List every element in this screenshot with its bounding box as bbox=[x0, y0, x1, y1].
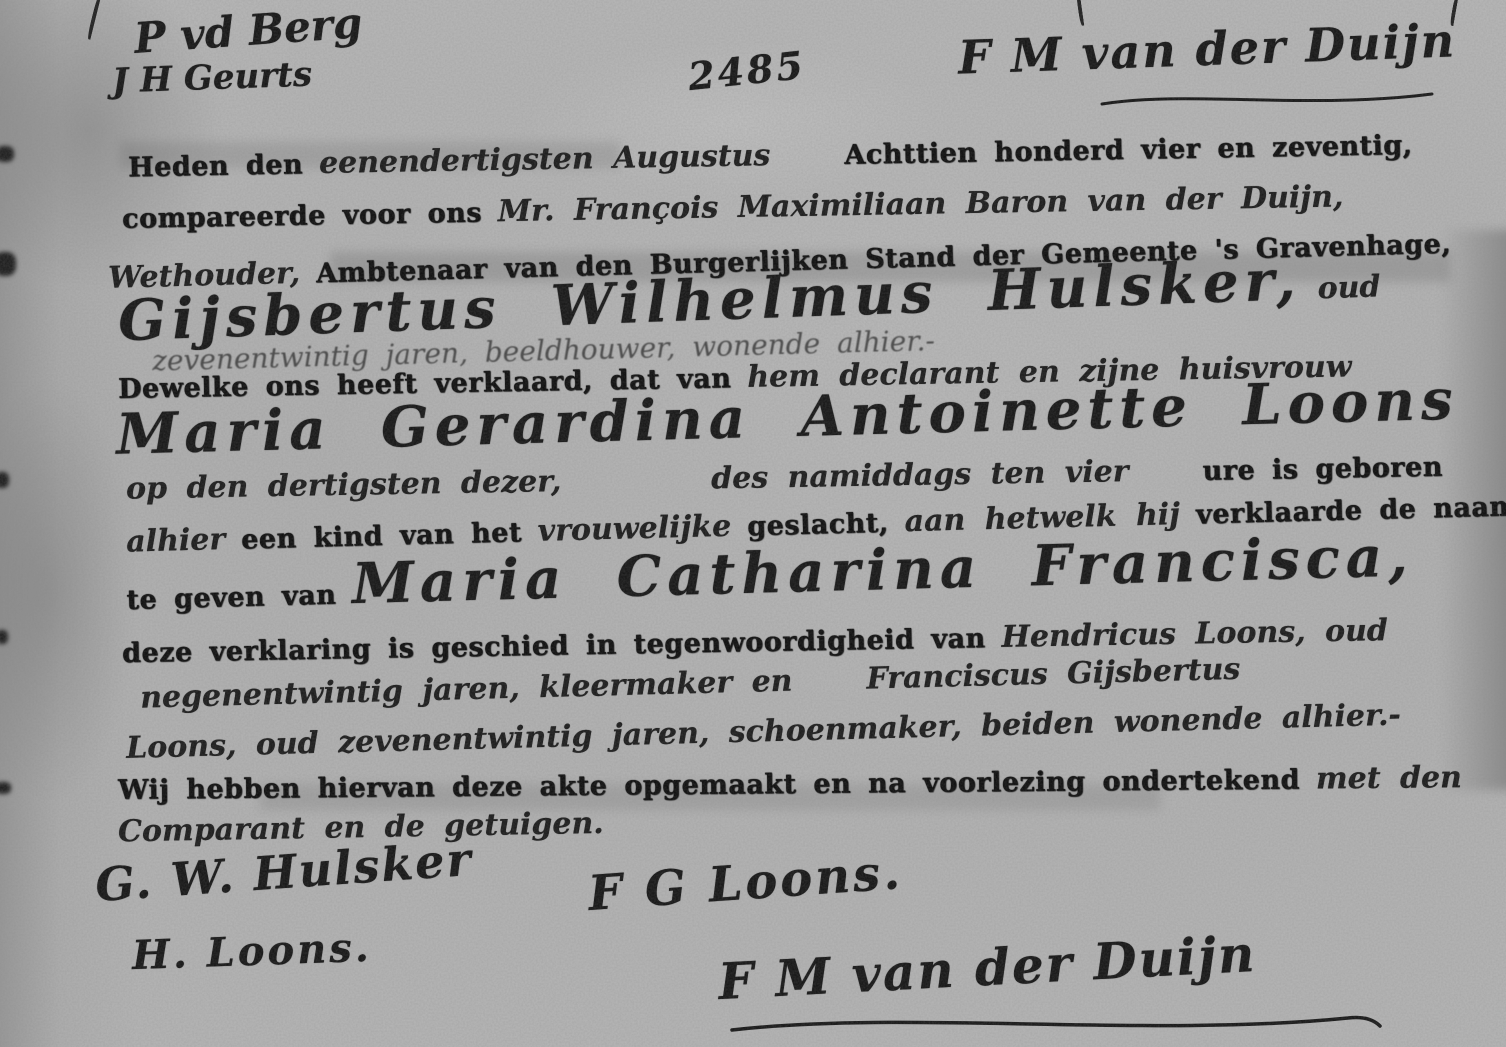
act-text-segment: ure is geboren bbox=[1202, 452, 1443, 487]
act-text-segment: Hendricus Loons, oud bbox=[1001, 613, 1388, 655]
blank-field-gap bbox=[1145, 480, 1187, 481]
act-text-segment: Heden den bbox=[128, 149, 303, 183]
scanned-document-page: P vd Berg J H Geurts 2485 F M van der Du… bbox=[0, 0, 1506, 1047]
act-line: Wij hebben hiervan deze akte opgemaakt e… bbox=[118, 760, 1478, 807]
act-text-segment: Mr. François Maximiliaan Baron van der D… bbox=[498, 179, 1344, 229]
act-text-segment: compareerde voor ons bbox=[122, 198, 482, 235]
act-line: Heden deneenendertigsten AugustusAchttie… bbox=[128, 127, 1429, 185]
registrar-signature-bottom: F M van der Duijn bbox=[717, 924, 1258, 1011]
blank-field-gap bbox=[809, 689, 851, 690]
margin-signature-1: P vd Berg bbox=[133, 0, 364, 63]
act-text-segment: met den bbox=[1316, 760, 1462, 796]
act-text-segment: op den dertigsten dezer, bbox=[126, 464, 562, 507]
signature-flourish bbox=[728, 1006, 1388, 1042]
margin-signature-2: J H Geurts bbox=[111, 55, 312, 102]
act-text-segment: Wij hebben hiervan deze akte opgemaakt e… bbox=[118, 765, 1300, 806]
act-line: compareerde voor onsMr. François Maximil… bbox=[122, 179, 1360, 236]
act-text-segment: oud bbox=[1317, 269, 1381, 306]
blank-field-gap bbox=[787, 164, 829, 165]
act-text-segment: des namiddags ten vier bbox=[711, 454, 1129, 496]
act-text-segment: negenentwintig jaren, kleermaker en bbox=[140, 664, 793, 716]
blank-field-gap bbox=[577, 489, 695, 491]
act-text-segment: Franciscus Gijsbertus bbox=[866, 652, 1241, 697]
signature-flourish bbox=[1098, 86, 1438, 114]
act-number: 2485 bbox=[686, 42, 808, 99]
act-text-segment: eenendertigsten Augustus bbox=[319, 138, 771, 181]
act-text-segment: Achttien honderd vier en zeventig, bbox=[844, 130, 1413, 171]
witness-signature-1: H. Loons. bbox=[131, 924, 372, 979]
registrar-signature-top: F M van der Duijn bbox=[957, 13, 1457, 84]
witness-signature-2: F G Loons. bbox=[586, 844, 904, 922]
act-text-segment: te geven van bbox=[126, 580, 337, 616]
